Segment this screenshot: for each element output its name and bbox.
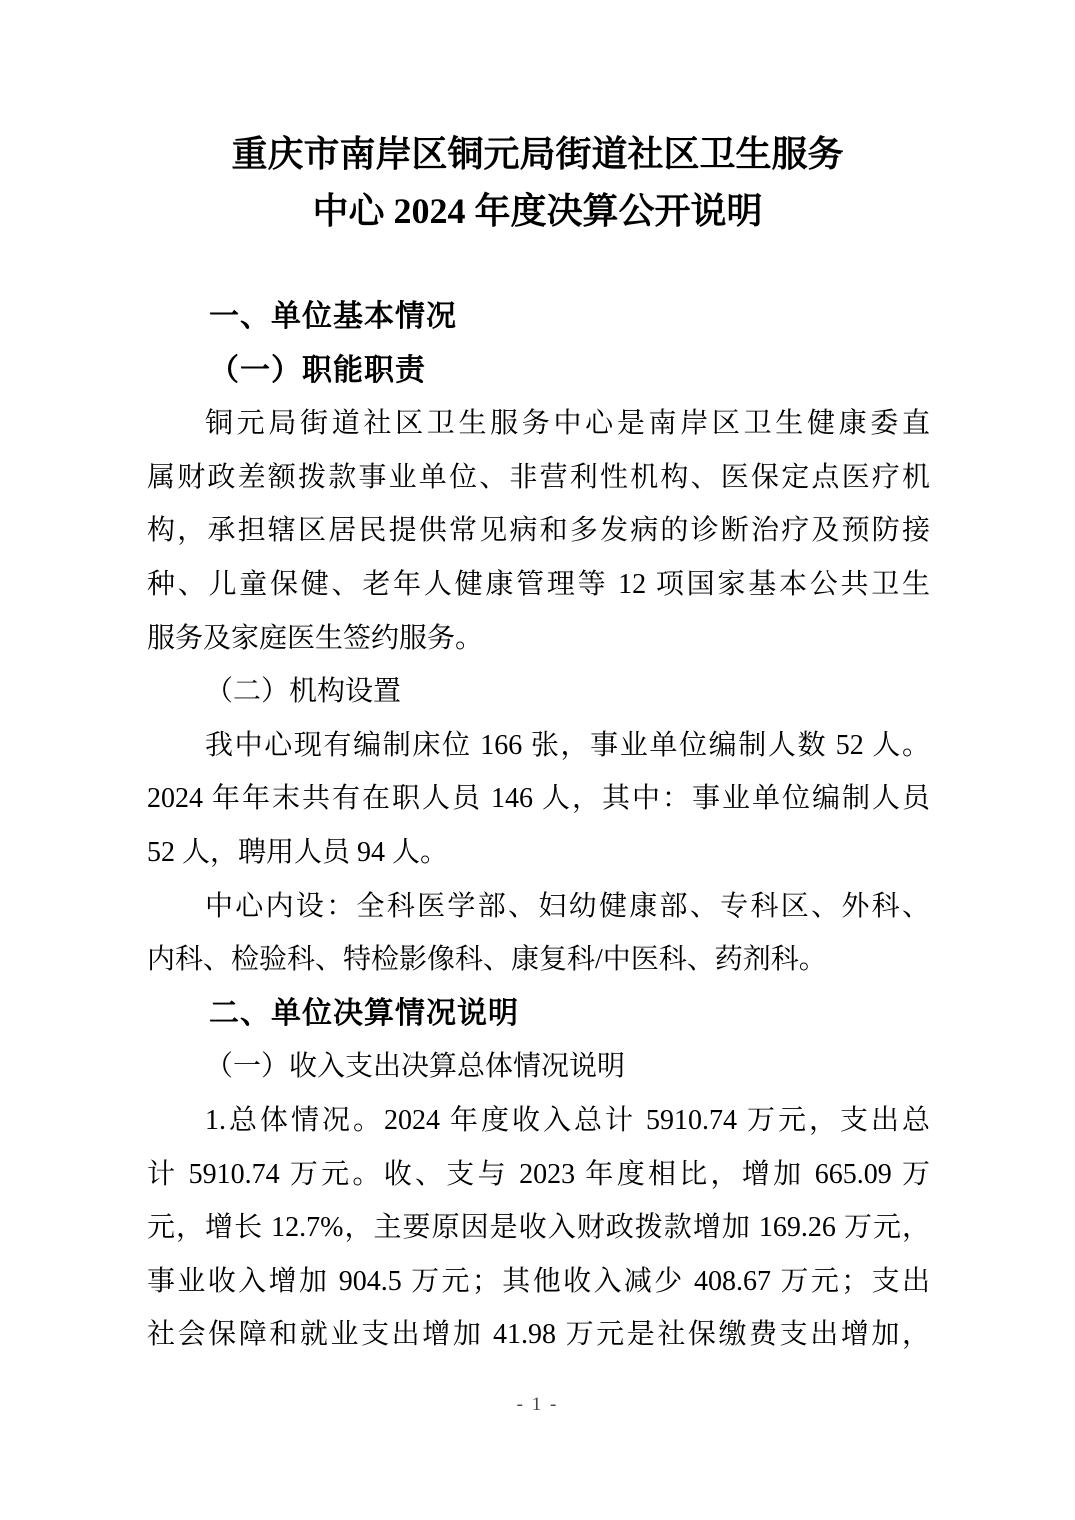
para-budget-overview-line-5: 社会保障和就业支出增加 41.98 万元是社保缴费支出增加， [147, 1308, 930, 1362]
para-functions-line-2: 属财政差额拨款事业单位、非营利性机构、医保定点医疗机 [147, 451, 930, 505]
para-budget-overview-line-3: 元，增长 12.7%，主要原因是收入财政拨款增加 169.26 万元， [147, 1201, 930, 1255]
document-page: 重庆市南岸区铜元局街道社区卫生服务 中心 2024 年度决算公开说明 一、单位基… [0, 0, 1075, 1520]
heading-section-1: 一、单位基本情况 [147, 290, 930, 344]
para-departments-line-1: 中心内设：全科医学部、妇幼健康部、专科区、外科、 [147, 880, 930, 934]
heading-subsection-1-1: （一）职能职责 [147, 344, 930, 398]
para-functions-line-4: 种、儿童保健、老年人健康管理等 12 项国家基本公共卫生 [147, 558, 930, 612]
heading-section-2: 二、单位决算情况说明 [147, 987, 930, 1041]
para-staffing-line-3: 52 人，聘用人员 94 人。 [147, 826, 930, 880]
heading-subsection-1-2: （二）机构设置 [147, 665, 930, 719]
document-title: 重庆市南岸区铜元局街道社区卫生服务 中心 2024 年度决算公开说明 [0, 126, 1075, 240]
document-title-line-2: 中心 2024 年度决算公开说明 [0, 183, 1075, 240]
para-departments-line-2: 内科、检验科、特检影像科、康复科/中医科、药剂科。 [147, 933, 930, 987]
document-title-line-1: 重庆市南岸区铜元局街道社区卫生服务 [0, 126, 1075, 183]
para-functions-line-1: 铜元局街道社区卫生服务中心是南岸区卫生健康委直 [147, 397, 930, 451]
para-budget-overview-line-2: 计 5910.74 万元。收、支与 2023 年度相比，增加 665.09 万 [147, 1148, 930, 1202]
para-staffing-line-1: 我中心现有编制床位 166 张，事业单位编制人数 52 人。 [147, 719, 930, 773]
para-staffing-line-2: 2024 年年末共有在职人员 146 人，其中：事业单位编制人员 [147, 772, 930, 826]
para-budget-overview-line-4: 事业收入增加 904.5 万元；其他收入减少 408.67 万元；支出 [147, 1255, 930, 1309]
page-number: - 1 - [0, 1394, 1075, 1416]
para-functions-line-5: 服务及家庭医生签约服务。 [147, 612, 930, 666]
para-functions-line-3: 构，承担辖区居民提供常见病和多发病的诊断治疗及预防接 [147, 504, 930, 558]
heading-subsection-2-1: （一）收入支出决算总体情况说明 [147, 1040, 930, 1094]
para-budget-overview-line-1: 1.总体情况。2024 年度收入总计 5910.74 万元，支出总 [147, 1094, 930, 1148]
document-body: 一、单位基本情况 （一）职能职责 铜元局街道社区卫生服务中心是南岸区卫生健康委直… [147, 290, 930, 1362]
